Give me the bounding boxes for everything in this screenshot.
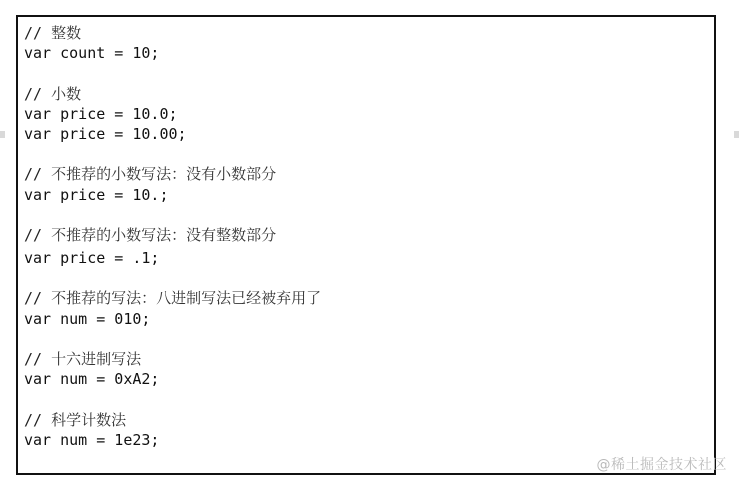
code-line-comment: // 小数 — [24, 84, 708, 104]
code-line: var num = 1e23; — [24, 430, 708, 450]
code-line-comment: // 整数 — [24, 23, 708, 43]
code-line: var num = 010; — [24, 309, 708, 329]
code-line-blank — [24, 329, 708, 349]
code-line-blank — [24, 63, 708, 83]
code-snippet-frame: // 整数 var count = 10; // 小数 var price = … — [16, 15, 716, 475]
code-line-blank — [24, 144, 708, 164]
code-line-comment: // 科学计数法 — [24, 410, 708, 430]
code-line: var count = 10; — [24, 43, 708, 63]
right-edge-marker — [734, 131, 739, 138]
code-line: var num = 0xA2; — [24, 369, 708, 389]
code-line-blank — [24, 389, 708, 409]
code-line-comment: // 不推荐的小数写法：没有整数部分 — [24, 225, 708, 245]
left-edge-marker — [0, 131, 5, 138]
watermark: @稀土掘金技术社区 — [597, 454, 728, 474]
code-line-blank — [24, 205, 708, 225]
code-line-comment: // 十六进制写法 — [24, 349, 708, 369]
code-line: var price = 10.00; — [24, 124, 708, 144]
code-line-comment: // 不推荐的小数写法：没有小数部分 — [24, 164, 708, 184]
code-line-blank — [24, 268, 708, 288]
code-line: var price = 10.0; — [24, 104, 708, 124]
code-line: var price = 10.; — [24, 185, 708, 205]
code-block: // 整数 var count = 10; // 小数 var price = … — [24, 23, 708, 450]
code-line-comment: // 不推荐的写法：八进制写法已经被弃用了 — [24, 288, 708, 308]
code-line: var price = .1; — [24, 248, 708, 268]
